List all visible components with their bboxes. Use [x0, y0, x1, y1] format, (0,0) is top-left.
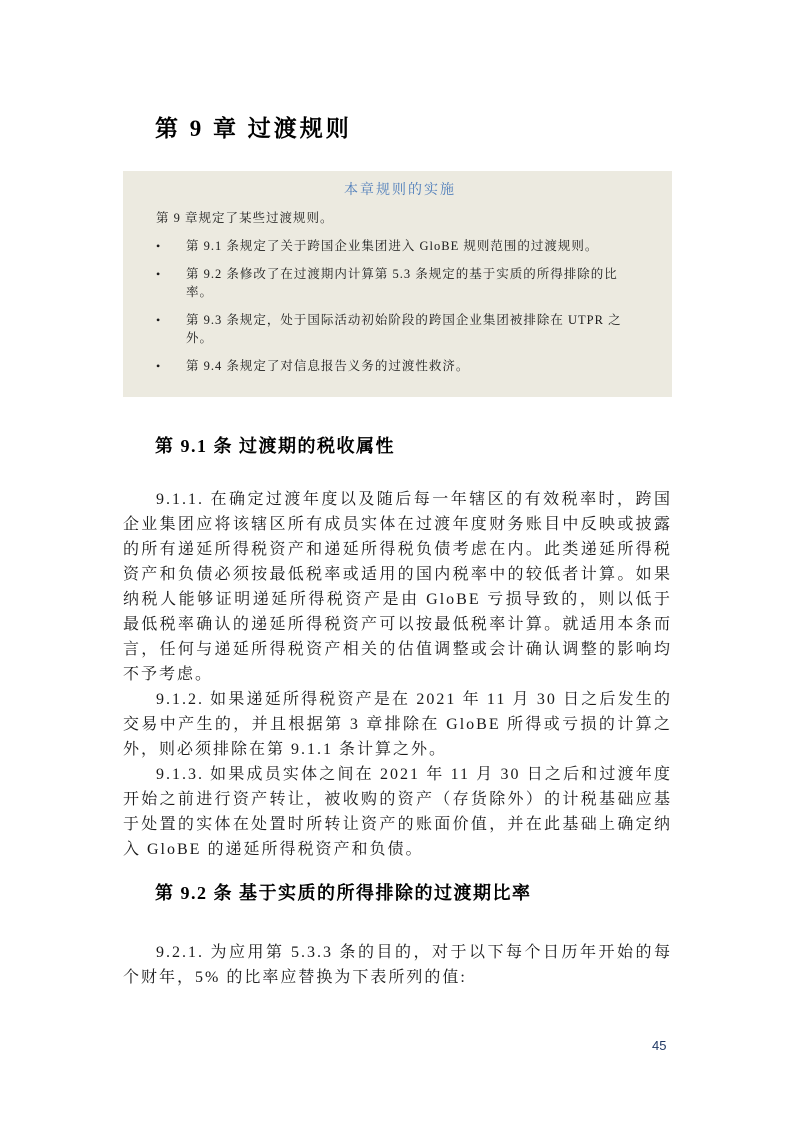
- bullet-icon: •: [156, 265, 186, 283]
- section-heading-9-1: 第 9.1 条 过渡期的税收属性: [123, 434, 672, 458]
- bullet-text: 第 9.2 条修改了在过渡期内计算第 5.3 条规定的基于实质的所得排除的比率。: [186, 265, 644, 301]
- chapter-title: 第 9 章 过渡规则: [123, 114, 672, 144]
- list-item: • 第 9.3 条规定，处于国际活动初始阶段的跨国企业集团被排除在 UTPR 之…: [156, 311, 644, 347]
- bullet-icon: •: [156, 357, 186, 375]
- list-item: • 第 9.1 条规定了关于跨国企业集团进入 GloBE 规则范围的过渡规则。: [156, 237, 644, 255]
- bullet-text: 第 9.4 条规定了对信息报告义务的过渡性救济。: [186, 357, 644, 375]
- section-body-9-2: 9.2.1. 为应用第 5.3.3 条的目的，对于以下每个日历年开始的每个财年，…: [123, 940, 672, 990]
- bullet-icon: •: [156, 237, 186, 255]
- info-box-intro: 第 9 章规定了某些过渡规则。: [156, 209, 644, 227]
- content-column: 第 9 章 过渡规则 本章规则的实施 第 9 章规定了某些过渡规则。 • 第 9…: [123, 0, 672, 990]
- paragraph-9-1-2: 9.1.2. 如果递延所得税资产是在 2021 年 11 月 30 日之后发生的…: [123, 687, 672, 762]
- paragraph-9-1-1: 9.1.1. 在确定过渡年度以及随后每一年辖区的有效税率时，跨国企业集团应将该辖…: [123, 487, 672, 687]
- info-box-title: 本章规则的实施: [156, 181, 644, 201]
- section-body-9-1: 9.1.1. 在确定过渡年度以及随后每一年辖区的有效税率时，跨国企业集团应将该辖…: [123, 487, 672, 862]
- list-item: • 第 9.2 条修改了在过渡期内计算第 5.3 条规定的基于实质的所得排除的比…: [156, 265, 644, 301]
- implementation-info-box: 本章规则的实施 第 9 章规定了某些过渡规则。 • 第 9.1 条规定了关于跨国…: [123, 171, 672, 397]
- bullet-icon: •: [156, 311, 186, 329]
- document-page: 第 9 章 过渡规则 本章规则的实施 第 9 章规定了某些过渡规则。 • 第 9…: [0, 0, 794, 1123]
- paragraph-9-2-1: 9.2.1. 为应用第 5.3.3 条的目的，对于以下每个日历年开始的每个财年，…: [123, 940, 672, 990]
- bullet-text: 第 9.1 条规定了关于跨国企业集团进入 GloBE 规则范围的过渡规则。: [186, 237, 644, 255]
- info-box-bullet-list: • 第 9.1 条规定了关于跨国企业集团进入 GloBE 规则范围的过渡规则。 …: [156, 237, 644, 375]
- bullet-text: 第 9.3 条规定，处于国际活动初始阶段的跨国企业集团被排除在 UTPR 之外。: [186, 311, 644, 347]
- page-number: 45: [652, 1038, 666, 1053]
- section-heading-9-2: 第 9.2 条 基于实质的所得排除的过渡期比率: [123, 881, 672, 905]
- paragraph-9-1-3: 9.1.3. 如果成员实体之间在 2021 年 11 月 30 日之后和过渡年度…: [123, 762, 672, 862]
- list-item: • 第 9.4 条规定了对信息报告义务的过渡性救济。: [156, 357, 644, 375]
